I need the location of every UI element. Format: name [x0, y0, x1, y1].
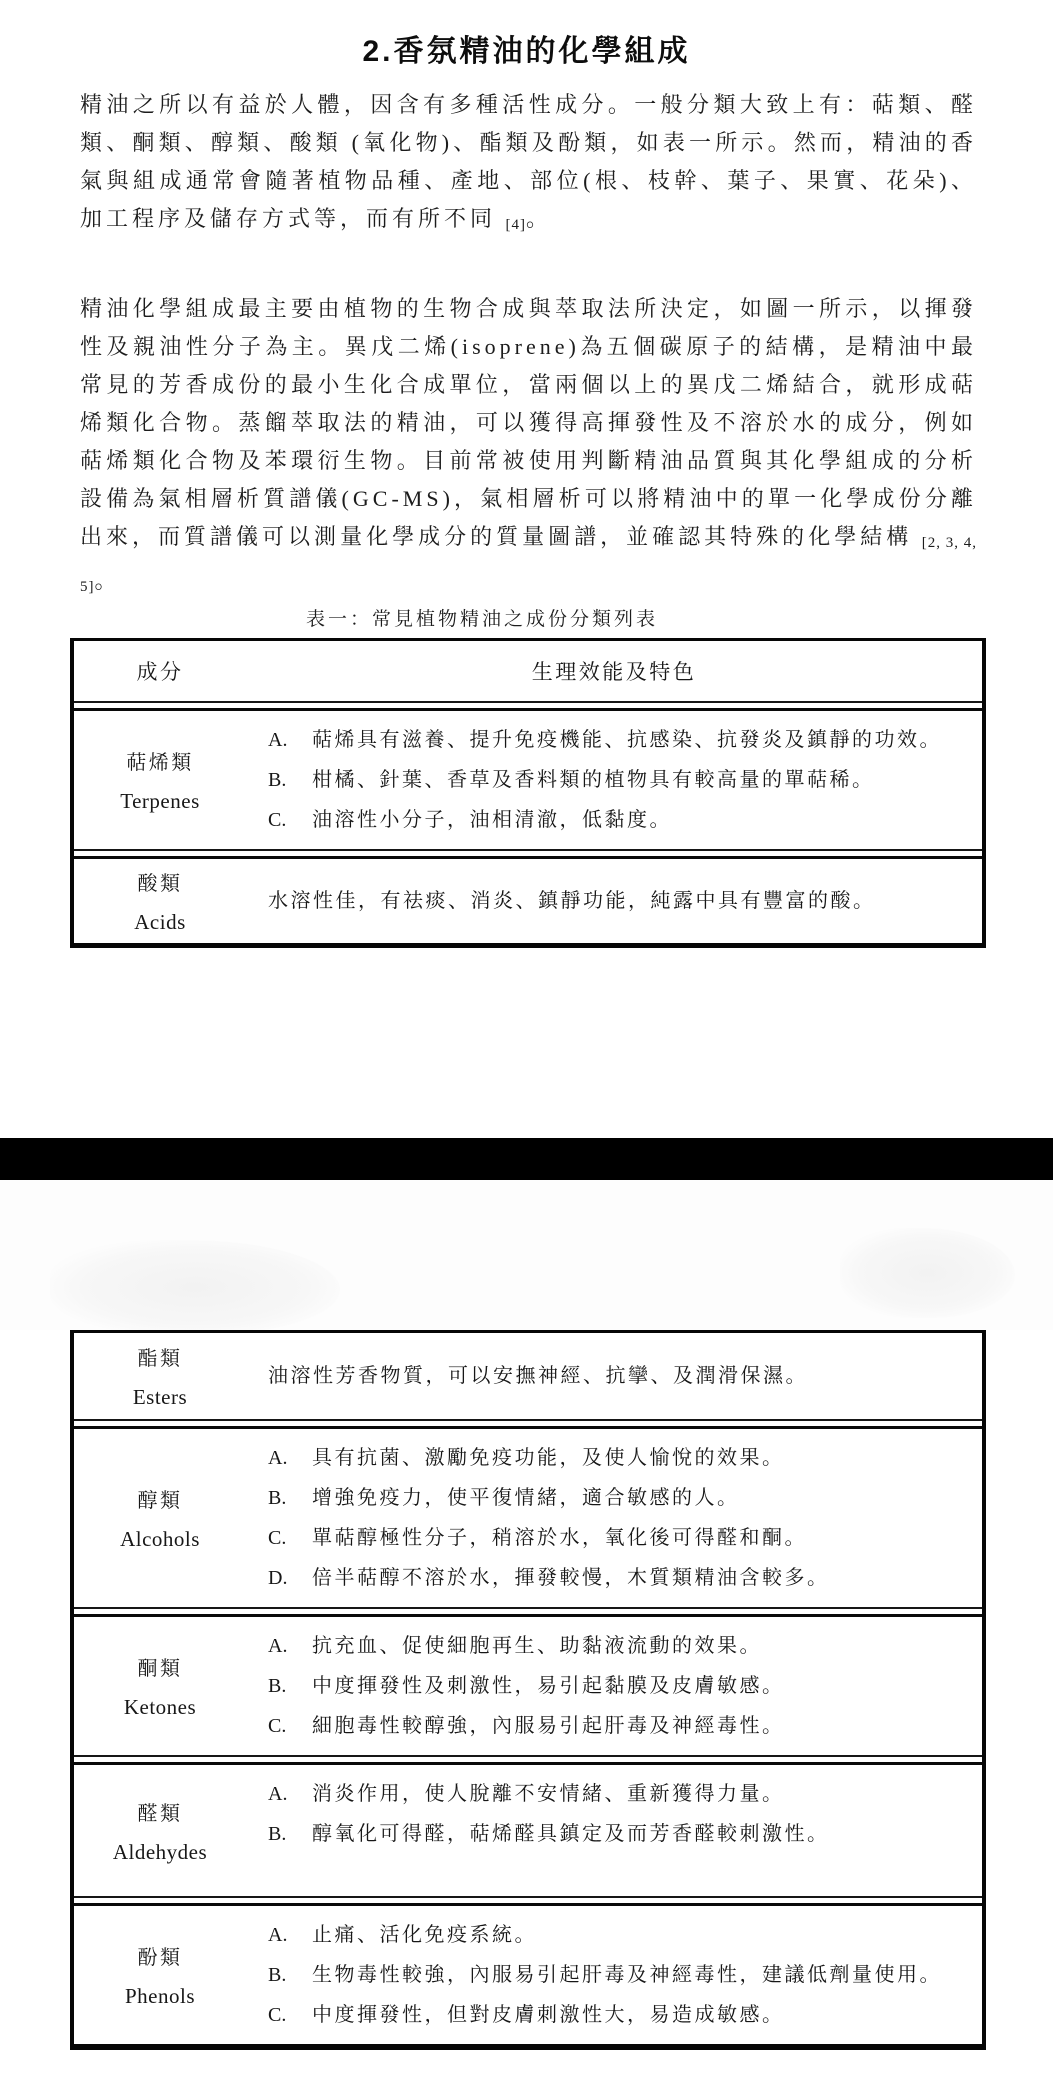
row-description-list: A.消炎作用，使人脫離不安情緒、重新獲得力量。 B.醇氧化可得醛，萜烯醛具鎮定及…	[246, 1765, 982, 1896]
list-item: C.中度揮發性，但對皮膚刺激性大，易造成敏感。	[268, 2002, 970, 2029]
item-text: 具有抗菌、激勵免疫功能，及使人愉悅的效果。	[312, 1445, 970, 1472]
item-text: 生物毒性較強，內服易引起肝毒及神經毒性，建議低劑量使用。	[312, 1962, 970, 1989]
row-label-en: Phenols	[125, 1984, 195, 2009]
list-item: A.消炎作用，使人脫離不安情緒、重新獲得力量。	[268, 1781, 970, 1808]
row-label: 醛類 Aldehydes	[74, 1765, 246, 1896]
item-text: 柑橘、針葉、香草及香料類的植物具有較高量的單萜稀。	[312, 767, 970, 794]
list-item: B.增強免疫力，使平復情緒，適合敏感的人。	[268, 1485, 970, 1512]
table-row-acids: 酸類 Acids 水溶性佳，有祛痰、消炎、鎮靜功能，純露中具有豐富的酸。	[74, 859, 982, 943]
item-text: 倍半萜醇不溶於水，揮發較慢，木質類精油含較多。	[312, 1565, 970, 1592]
table-part-2: 酯類 Esters 油溶性芳香物質，可以安撫神經、抗攣、及潤滑保濕。 醇類 Al…	[70, 1330, 986, 2050]
row-label: 萜烯類 Terpenes	[74, 711, 246, 849]
black-divider-bar	[0, 1138, 1053, 1180]
row-label-en: Acids	[134, 910, 186, 935]
row-label-zh: 酚類	[138, 1941, 183, 1970]
item-text: 細胞毒性較醇強，內服易引起肝毒及神經毒性。	[312, 1713, 970, 1740]
list-item: A.具有抗菌、激勵免疫功能，及使人愉悅的效果。	[268, 1445, 970, 1472]
item-marker: B.	[268, 1821, 312, 1848]
paragraph-1-period: 。	[526, 206, 552, 231]
row-label-zh: 醇類	[138, 1484, 183, 1513]
item-text: 醇氧化可得醛，萜烯醛具鎮定及而芳香醛較刺激性。	[312, 1821, 970, 1848]
row-description-list: A.抗充血、促使細胞再生、助黏液流動的效果。 B.中度揮發性及刺激性，易引起黏膜…	[246, 1617, 982, 1755]
page-title: 2.香氛精油的化學組成	[0, 26, 1053, 70]
item-marker: C.	[268, 1525, 312, 1552]
item-marker: A.	[268, 1633, 312, 1660]
row-description-list: A.止痛、活化免疫系統。 B.生物毒性較強，內服易引起肝毒及神經毒性，建議低劑量…	[246, 1906, 982, 2044]
row-label: 酚類 Phenols	[74, 1906, 246, 2044]
description-text: 水溶性佳，有祛痰、消炎、鎮靜功能，純露中具有豐富的酸。	[268, 886, 970, 916]
item-text: 油溶性小分子，油相清澈，低黏度。	[312, 807, 970, 834]
row-label-en: Esters	[133, 1385, 187, 1410]
row-label-zh: 酸類	[138, 867, 183, 896]
row-label-en: Ketones	[124, 1695, 196, 1720]
row-label: 酯類 Esters	[74, 1333, 246, 1419]
item-marker: A.	[268, 1922, 312, 1949]
item-marker: C.	[268, 2002, 312, 2029]
table-row-ketones: 酮類 Ketones A.抗充血、促使細胞再生、助黏液流動的效果。 B.中度揮發…	[74, 1617, 982, 1755]
table-row-aldehydes: 醛類 Aldehydes A.消炎作用，使人脫離不安情緒、重新獲得力量。 B.醇…	[74, 1765, 982, 1896]
list-item: C.細胞毒性較醇強，內服易引起肝毒及神經毒性。	[268, 1713, 970, 1740]
paragraph-1: 精油之所以有益於人體，因含有多種活性成分。一般分類大致上有：萜類、醛類、酮類、醇…	[80, 86, 977, 244]
row-label-zh: 酮類	[138, 1652, 183, 1681]
table-part-1: 成分 生理效能及特色 萜烯類 Terpenes A.萜烯具有滋養、提升免疫機能、…	[70, 638, 986, 948]
table-caption: 表一：常見植物精油之成份分類列表	[0, 604, 964, 631]
table-header-row: 成分 生理效能及特色	[74, 641, 982, 701]
list-item: B.醇氧化可得醛，萜烯醛具鎮定及而芳香醛較刺激性。	[268, 1821, 970, 1848]
row-label-en: Aldehydes	[113, 1840, 207, 1865]
citation-ref-4: [4]	[506, 217, 527, 233]
row-label-zh: 酯類	[138, 1342, 183, 1371]
item-marker: B.	[268, 1673, 312, 1700]
item-marker: B.	[268, 767, 312, 794]
column-header-description: 生理效能及特色	[246, 656, 982, 686]
row-label-en: Alcohols	[120, 1527, 200, 1552]
item-marker: C.	[268, 1713, 312, 1740]
table-row-terpenes: 萜烯類 Terpenes A.萜烯具有滋養、提升免疫機能、抗感染、抗發炎及鎮靜的…	[74, 711, 982, 849]
row-description: 水溶性佳，有祛痰、消炎、鎮靜功能，純露中具有豐富的酸。	[246, 859, 982, 943]
document-page: 2.香氛精油的化學組成 精油之所以有益於人體，因含有多種活性成分。一般分類大致上…	[0, 0, 1053, 2078]
row-label: 酸類 Acids	[74, 859, 246, 943]
paragraph-2-text: 精油化學組成最主要由植物的生物合成與萃取法所決定，如圖一所示，以揮發性及親油性分…	[80, 296, 977, 549]
paragraph-2: 精油化學組成最主要由植物的生物合成與萃取法所決定，如圖一所示，以揮發性及親油性分…	[80, 290, 977, 606]
list-item: B.中度揮發性及刺激性，易引起黏膜及皮膚敏感。	[268, 1673, 970, 1700]
row-divider	[74, 849, 982, 859]
item-text: 止痛、活化免疫系統。	[312, 1922, 970, 1949]
list-item: A.萜烯具有滋養、提升免疫機能、抗感染、抗發炎及鎮靜的功效。	[268, 727, 970, 754]
table-row-phenols: 酚類 Phenols A.止痛、活化免疫系統。 B.生物毒性較強，內服易引起肝毒…	[74, 1906, 982, 2044]
scan-smudge-left	[50, 1240, 340, 1335]
item-marker: A.	[268, 727, 312, 754]
item-text: 抗充血、促使細胞再生、助黏液流動的效果。	[312, 1633, 970, 1660]
row-description-list: A.具有抗菌、激勵免疫功能，及使人愉悅的效果。 B.增強免疫力，使平復情緒，適合…	[246, 1429, 982, 1607]
item-text: 單萜醇極性分子，稍溶於水，氧化後可得醛和酮。	[312, 1525, 970, 1552]
row-description: 油溶性芳香物質，可以安撫神經、抗攣、及潤滑保濕。	[246, 1333, 982, 1419]
description-text: 油溶性芳香物質，可以安撫神經、抗攣、及潤滑保濕。	[268, 1361, 970, 1391]
item-text: 萜烯具有滋養、提升免疫機能、抗感染、抗發炎及鎮靜的功效。	[312, 727, 970, 754]
row-divider	[74, 701, 982, 711]
list-item: A.抗充血、促使細胞再生、助黏液流動的效果。	[268, 1633, 970, 1660]
item-text: 消炎作用，使人脫離不安情緒、重新獲得力量。	[312, 1781, 970, 1808]
list-item: A.止痛、活化免疫系統。	[268, 1922, 970, 1949]
row-divider	[74, 1896, 982, 1906]
row-divider	[74, 1419, 982, 1429]
row-label: 酮類 Ketones	[74, 1617, 246, 1755]
item-marker: D.	[268, 1565, 312, 1592]
list-item: D.倍半萜醇不溶於水，揮發較慢，木質類精油含較多。	[268, 1565, 970, 1592]
row-description-list: A.萜烯具有滋養、提升免疫機能、抗感染、抗發炎及鎮靜的功效。 B.柑橘、針葉、香…	[246, 711, 982, 849]
row-label: 醇類 Alcohols	[74, 1429, 246, 1607]
item-marker: A.	[268, 1445, 312, 1472]
row-divider	[74, 1607, 982, 1617]
row-label-zh: 萜烯類	[126, 746, 194, 775]
list-item: C.單萜醇極性分子，稍溶於水，氧化後可得醛和酮。	[268, 1525, 970, 1552]
item-text: 中度揮發性及刺激性，易引起黏膜及皮膚敏感。	[312, 1673, 970, 1700]
table-row-alcohols: 醇類 Alcohols A.具有抗菌、激勵免疫功能，及使人愉悅的效果。 B.增強…	[74, 1429, 982, 1607]
row-label-en: Terpenes	[120, 789, 200, 814]
item-marker: A.	[268, 1781, 312, 1808]
item-marker: B.	[268, 1485, 312, 1512]
row-label-zh: 醛類	[138, 1797, 183, 1826]
row-divider	[74, 1755, 982, 1765]
scan-smudge-right	[840, 1228, 1015, 1318]
list-item: B.柑橘、針葉、香草及香料類的植物具有較高量的單萜稀。	[268, 767, 970, 794]
list-item: B.生物毒性較強，內服易引起肝毒及神經毒性，建議低劑量使用。	[268, 1962, 970, 1989]
item-marker: C.	[268, 807, 312, 834]
item-text: 增強免疫力，使平復情緒，適合敏感的人。	[312, 1485, 970, 1512]
item-marker: B.	[268, 1962, 312, 1989]
list-item: C.油溶性小分子，油相清澈，低黏度。	[268, 807, 970, 834]
table-row-esters: 酯類 Esters 油溶性芳香物質，可以安撫神經、抗攣、及潤滑保濕。	[74, 1333, 982, 1419]
item-text: 中度揮發性，但對皮膚刺激性大，易造成敏感。	[312, 2002, 970, 2029]
column-header-component: 成分	[74, 650, 246, 692]
paragraph-2-period: 。	[95, 568, 121, 593]
